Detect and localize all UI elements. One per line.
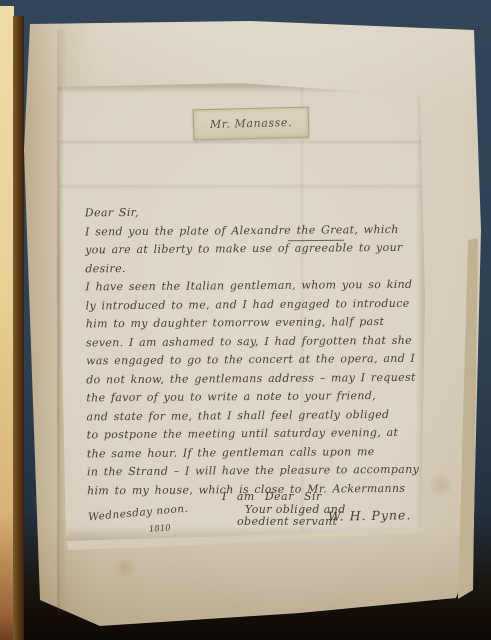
letter-handwritten-text: Dear Sir,I send you the plate of Alexand… [85, 202, 435, 501]
letter-line: in the Strand – I will have the pleasure… [87, 461, 435, 482]
pasted-name-label: Mr. Manasse. [193, 107, 310, 141]
closing-salutation: I am Dear Sir [222, 490, 322, 503]
signature: W. H. Pyne. [328, 507, 412, 523]
backdrop-strip [0, 6, 14, 640]
letter-line: you are at liberty to make use of agreea… [85, 239, 433, 260]
letter-line: I have seen the Italian gentleman, whom … [85, 276, 433, 297]
photographed-album-page: Mr. Manasse. Dear Sir,I send you the pla… [0, 0, 491, 640]
letter-line: to postpone the meeting until saturday e… [87, 424, 435, 445]
dateline-year: 1810 [149, 523, 171, 534]
label-name-text: Mr. Manasse. [210, 116, 293, 131]
book-cover-edge [13, 16, 24, 640]
foxing-spot [110, 560, 140, 576]
letter-line: was engaged to go to the concert at the … [86, 350, 434, 371]
letter-line: him to my daughter tomorrow evening, hal… [86, 313, 434, 334]
closing-servant: obedient servant [237, 515, 337, 528]
letter-line: do not know, the gentlemans address – ma… [86, 368, 434, 389]
